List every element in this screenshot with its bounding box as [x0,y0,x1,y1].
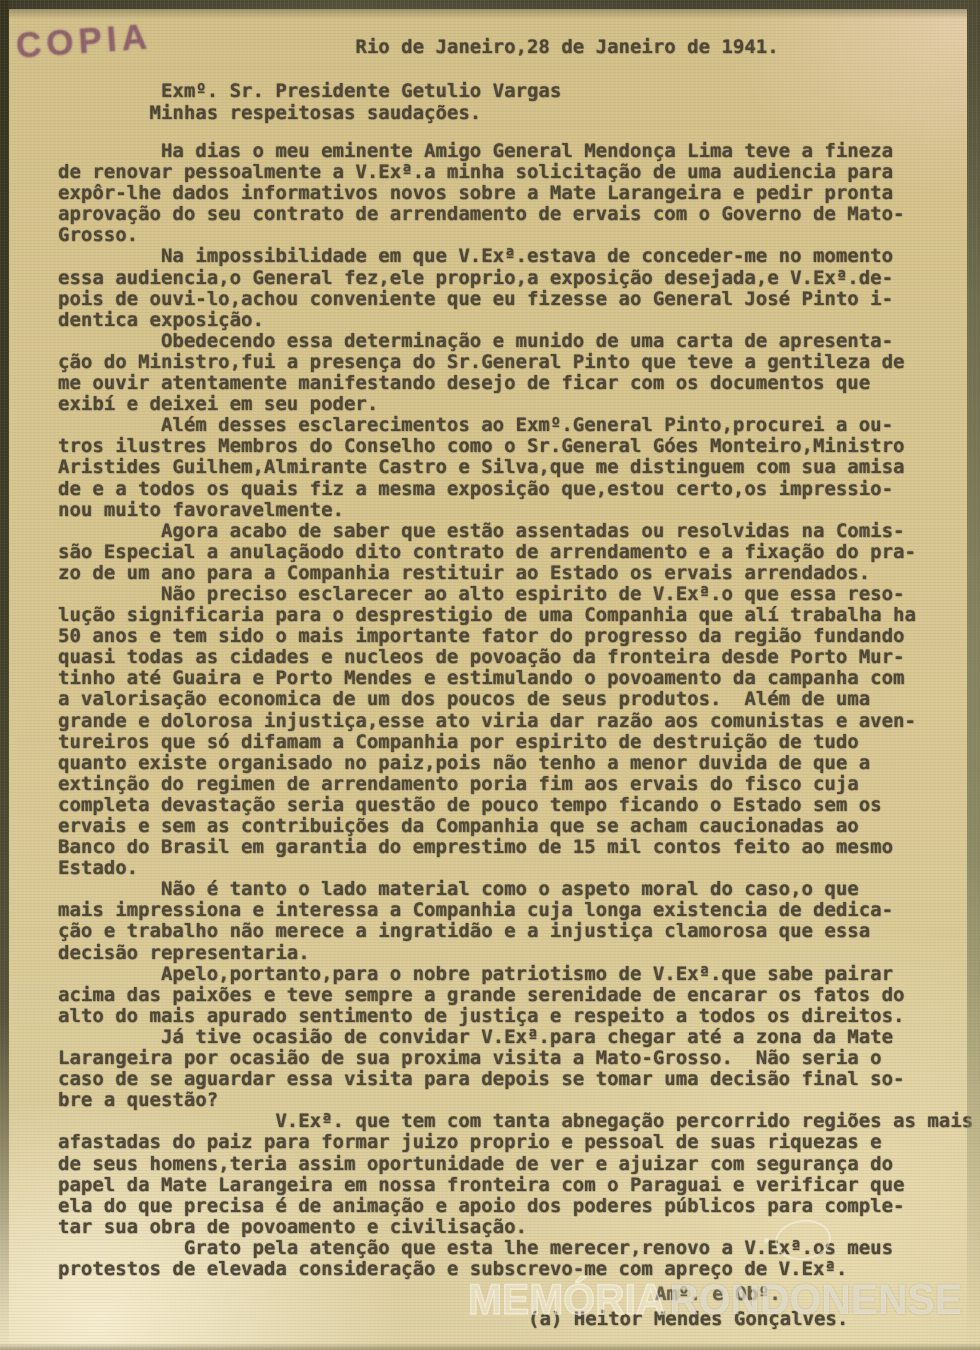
scan-edge-bottom [0,1343,980,1350]
scan-edge-left [0,0,9,1350]
letter-signature: (a) Heitor Mendes Gonçalves. [528,1308,848,1330]
scan-edge-top [0,0,980,9]
letter-closing: Amº. e Obº. [655,1283,781,1305]
letter-body: Ha dias o meu eminente Amigo General Men… [58,141,973,1280]
scanned-letter-page: COPIA Rio de Janeiro,28 de Janeiro de 19… [0,0,980,1350]
letter-header: Rio de Janeiro,28 de Janeiro de 1941. Ex… [58,36,779,124]
